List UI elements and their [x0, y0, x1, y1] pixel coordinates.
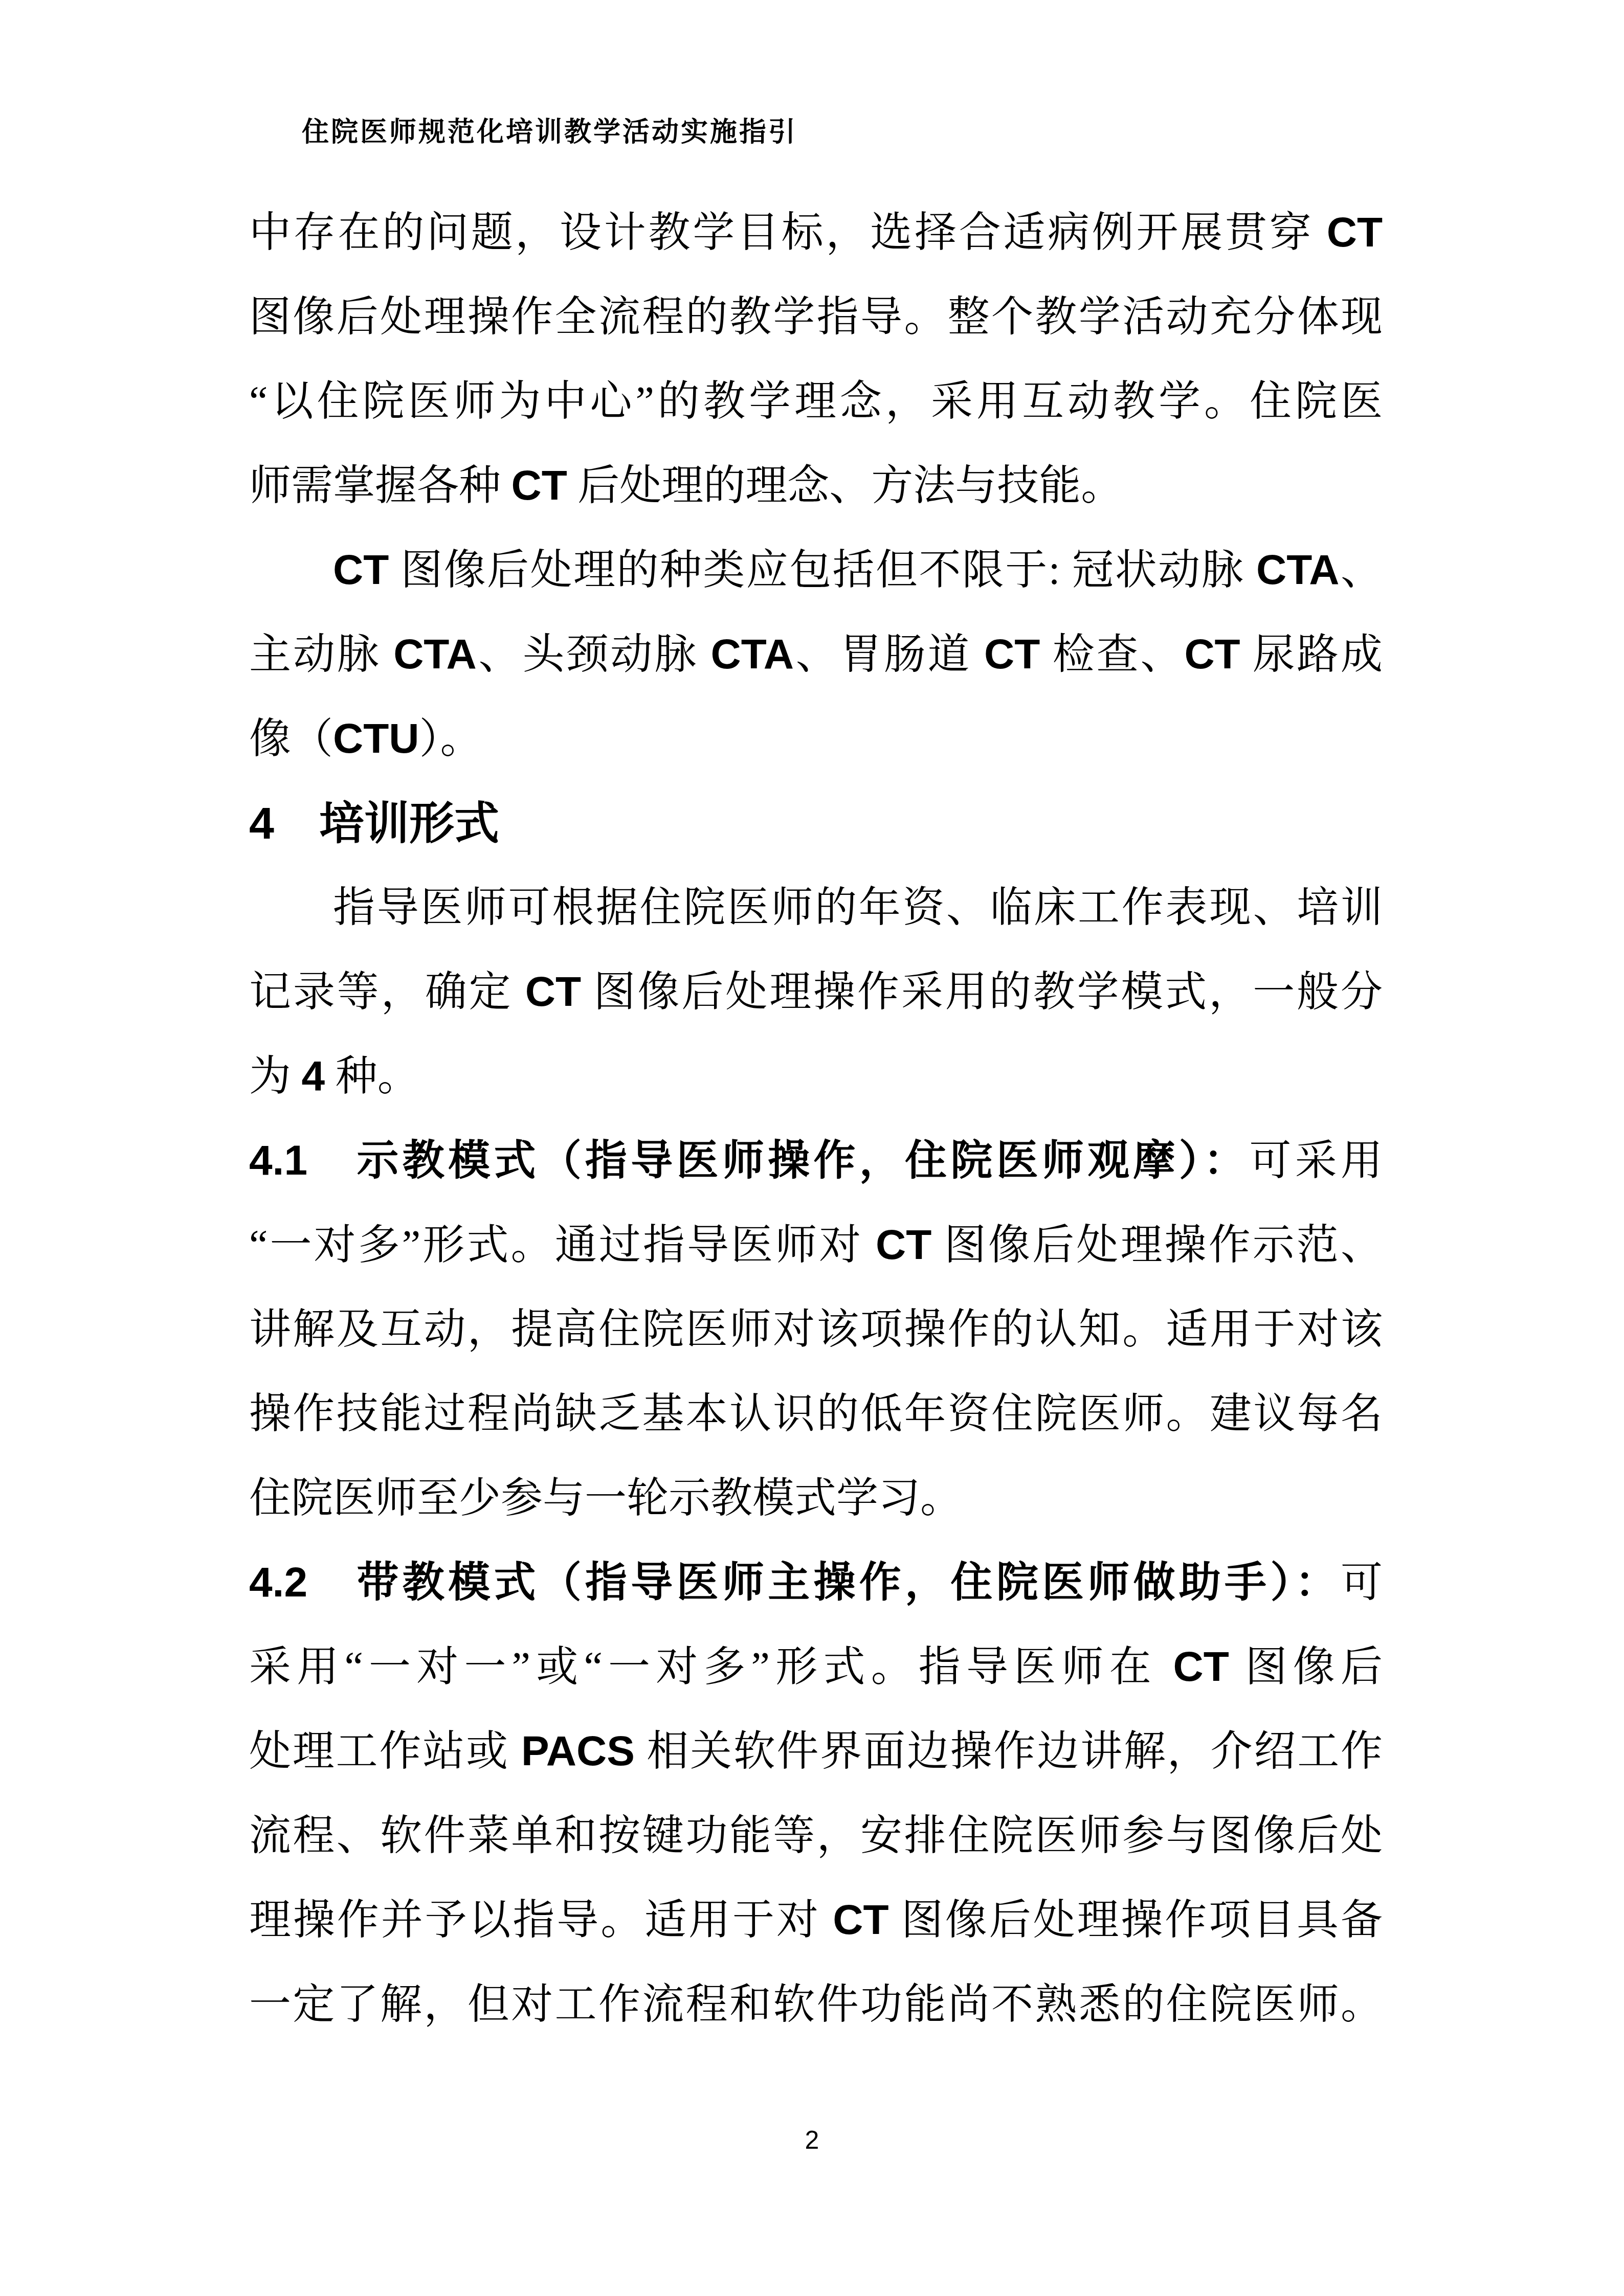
body-text: CTA [711, 631, 794, 678]
text-line: 讲解及互动，提高住院医师对该项操作的认知。适用于对该 [249, 1287, 1383, 1371]
body-text: CT [833, 1897, 888, 1943]
text-line: “一对多”形式。通过指导医师对 CT 图像后处理操作示范、 [249, 1203, 1383, 1287]
text-line: 采用“一对一”或“一对多”形式。指导医师在 CT 图像后 [249, 1625, 1383, 1709]
body-text: 一定了解，但对工作流程和软件功能尚不熟悉的住院医师。 [249, 1981, 1383, 2028]
body-text: CT [876, 1222, 931, 1268]
body-text: 图像后 [1229, 1644, 1383, 1690]
text-line: 像（CTU）。 [249, 696, 1383, 781]
text-line: 流程、软件菜单和按键功能等，安排住院医师参与图像后处 [249, 1793, 1383, 1878]
body-text: CT [525, 969, 581, 1015]
body-text: 相关软件界面边操作边讲解，介绍工作 [635, 1728, 1383, 1774]
section-heading: 4 培训形式 [249, 781, 1383, 865]
text-line: “以住院医师为中心”的教学理念，采用互动教学。住院医 [249, 359, 1383, 443]
heading-text: 4 [249, 798, 274, 848]
body-text: 图像后处理操作采用的教学模式，一般分 [581, 969, 1383, 1015]
body-text: CT [1327, 209, 1383, 256]
text-line: 主动脉 CTA、头颈动脉 CTA、胃肠道 CT 检查、CT 尿路成 [249, 612, 1383, 696]
body-text: 后处理的理念、方法与技能。 [567, 462, 1123, 509]
body-text: CT [333, 547, 389, 593]
body-text: 像（ [249, 715, 333, 762]
body-text: 师需掌握各种 [249, 462, 511, 509]
text-line: 中存在的问题，设计教学目标，选择合适病例开展贯穿 CT [249, 190, 1383, 275]
body-text: 、头颈动脉 [477, 631, 711, 678]
body-text: 住院医师至少参与一轮示教模式学习。 [249, 1475, 962, 1521]
body-text: 记录等，确定 [249, 969, 525, 1015]
heading-text: 带教模式（指导医师主操作，住院医师做助手）： [307, 1559, 1341, 1606]
text-line: 图像后处理操作全流程的教学指导。整个教学活动充分体现 [249, 275, 1383, 359]
text-line: CT 图像后处理的种类应包括但不限于: 冠状动脉 CTA、 [249, 528, 1383, 612]
text-line: 记录等，确定 CT 图像后处理操作采用的教学模式，一般分 [249, 950, 1383, 1034]
body-text: 中存在的问题，设计教学目标，选择合适病例开展贯穿 [249, 209, 1327, 256]
body-text: CTA [1256, 547, 1339, 593]
body-text: 种。 [325, 1053, 419, 1099]
heading-text: 4.1 [249, 1137, 307, 1184]
subsection-heading: 4.2 带教模式（指导医师主操作，住院医师做助手）：可 [249, 1540, 1383, 1625]
body-text: “一对多”形式。通过指导医师对 [249, 1222, 876, 1268]
text-line: 住院医师至少参与一轮示教模式学习。 [249, 1456, 1383, 1540]
body-text: 流程、软件菜单和按键功能等，安排住院医师参与图像后处 [249, 1812, 1383, 1859]
heading-text: 4.2 [249, 1559, 307, 1606]
body-text: CT [1173, 1644, 1229, 1690]
body-text: 4 [302, 1053, 325, 1099]
heading-text: 培训形式 [274, 798, 499, 848]
text-line: 一定了解，但对工作流程和软件功能尚不熟悉的住院医师。 [249, 1962, 1383, 2046]
body-text: CT [1184, 631, 1240, 678]
body-text: 为 [249, 1053, 302, 1099]
heading-text: 示教模式（指导医师操作，住院医师观摩）： [307, 1137, 1249, 1184]
text-line: 师需掌握各种 CT 后处理的理念、方法与技能。 [249, 443, 1383, 528]
text-line: 指导医师可根据住院医师的年资、临床工作表现、培训 [249, 865, 1383, 950]
body-text: 可采用 [1249, 1137, 1383, 1184]
body-text: 指导医师可根据住院医师的年资、临床工作表现、培训 [333, 884, 1383, 931]
body-text: CT [511, 462, 567, 509]
body-text: 图像后处理操作项目具备 [889, 1897, 1383, 1943]
body-text: 图像后处理操作全流程的教学指导。整个教学活动充分体现 [249, 294, 1383, 340]
body-text: 尿路成 [1240, 631, 1383, 678]
text-line: 处理工作站或 PACS 相关软件界面边操作边讲解，介绍工作 [249, 1709, 1383, 1793]
running-header: 住院医师规范化培训教学活动实施指引 [302, 115, 797, 150]
body-text: 图像后处理的种类应包括但不限于: 冠状动脉 [389, 547, 1256, 593]
body-text: 采用“一对一”或“一对多”形式。指导医师在 [249, 1644, 1173, 1690]
body-text: 讲解及互动，提高住院医师对该项操作的认知。适用于对该 [249, 1306, 1383, 1353]
body-text: CTA [393, 631, 476, 678]
body-text: “以住院医师为中心”的教学理念，采用互动教学。住院医 [249, 378, 1383, 424]
text-line: 操作技能过程尚缺乏基本认识的低年资住院医师。建议每名 [249, 1371, 1383, 1456]
body-text: 检查、 [1040, 631, 1184, 678]
body-text: 图像后处理操作示范、 [931, 1222, 1383, 1268]
text-line: 理操作并予以指导。适用于对 CT 图像后处理操作项目具备 [249, 1878, 1383, 1962]
body-text: 、 [1340, 547, 1383, 593]
page-number: 2 [0, 2125, 1624, 2155]
subsection-heading: 4.1 示教模式（指导医师操作，住院医师观摩）：可采用 [249, 1118, 1383, 1203]
body-text: 处理工作站或 [249, 1728, 521, 1774]
text-line: 为 4 种。 [249, 1034, 1383, 1118]
body-text: CT [984, 631, 1040, 678]
body-text: 主动脉 [249, 631, 393, 678]
body-text: PACS [521, 1728, 635, 1774]
body-text: 理操作并予以指导。适用于对 [249, 1897, 833, 1943]
document-body: 中存在的问题，设计教学目标，选择合适病例开展贯穿 CT图像后处理操作全流程的教学… [249, 190, 1383, 2046]
body-text: 可 [1341, 1559, 1383, 1606]
body-text: ）。 [419, 715, 482, 762]
body-text: 操作技能过程尚缺乏基本认识的低年资住院医师。建议每名 [249, 1390, 1383, 1437]
body-text: 、胃肠道 [794, 631, 984, 678]
body-text: CTU [333, 715, 419, 762]
